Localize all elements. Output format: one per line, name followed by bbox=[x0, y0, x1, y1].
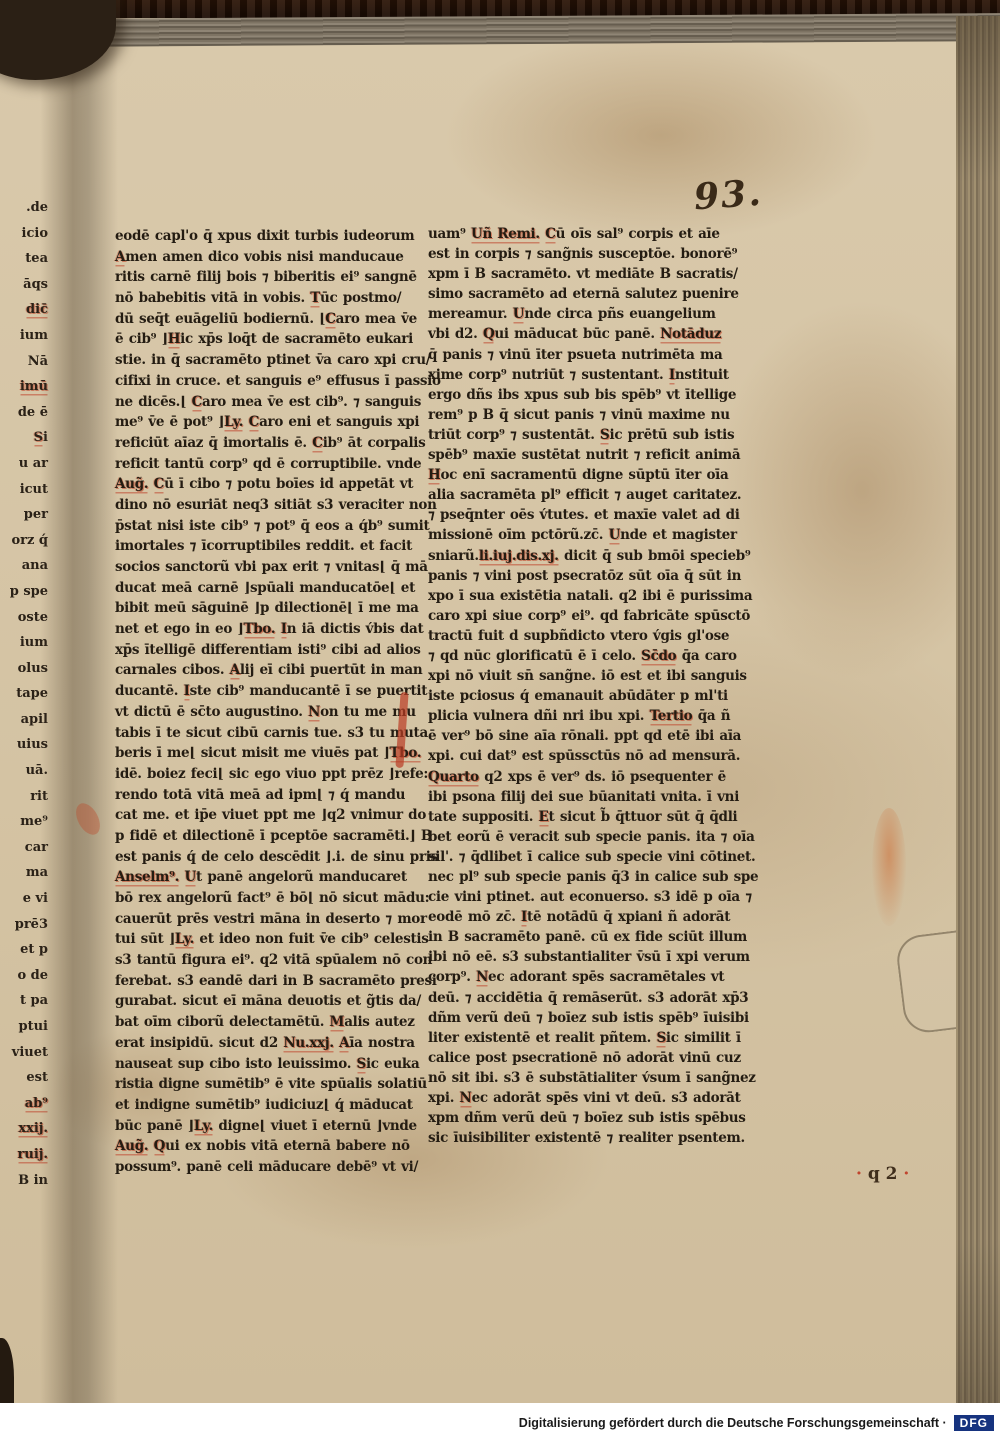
text-line: ritis carnē filij bois ⁊ biberitis ei⁹ s… bbox=[115, 267, 423, 288]
text-segment: ē ver⁹ bō sine aīa rōnali. ppt qd etē ib… bbox=[428, 728, 741, 744]
text-segment: deū. ⁊ accidētia q̄ remāserūt. s3 adorāt… bbox=[428, 990, 748, 1006]
rubricated-text: C bbox=[154, 476, 164, 492]
text-segment: et ideo non fuit v̄e cib⁹ celestis bbox=[194, 931, 429, 947]
text-segment: ūc postmo/ bbox=[320, 290, 401, 306]
gutter-shadow bbox=[40, 40, 118, 1404]
text-line: ē cib⁹ ⌋Hic xp̄s loq̄t de sacramēto euka… bbox=[115, 329, 423, 350]
text-line: xpm dñm verũ deū ⁊ boīez sub istis spēbu… bbox=[428, 1108, 746, 1128]
text-line: sic īuisibiliter existentē ⁊ realiter ps… bbox=[428, 1128, 746, 1148]
text-line: stie. in q̄ sacramēto ptinet v̄a caro xp… bbox=[115, 350, 423, 371]
text-line: spēb⁹ maxīe sustētat nutrit ⁊ reficit an… bbox=[428, 445, 746, 465]
rubricated-text: U bbox=[609, 527, 620, 543]
text-segment: dino nō esuriāt neq3 sitiāt s3 veraciter… bbox=[115, 497, 437, 513]
text-line: iste pciosus q́ emanauit abūdāter p ml't… bbox=[428, 686, 746, 706]
text-segment: ui ex nobis vitā eternā babere nō bbox=[165, 1138, 410, 1154]
text-segment: alis autez bbox=[344, 1014, 414, 1030]
text-segment: imortales ⁊ īcorruptibiles reddit. et fa… bbox=[115, 538, 412, 554]
text-segment: missionē oīm pctōrũ.zc̄. bbox=[428, 527, 609, 543]
text-segment: s3 tantū figura ei⁹. q2 vitā spūalem nō … bbox=[115, 952, 432, 968]
text-line: xime corp⁹ nutriūt ⁊ sustentant. Institu… bbox=[428, 365, 746, 385]
text-segment: uam⁹ bbox=[428, 226, 471, 242]
digitization-credit: Digitalisierung gefördert durch die Deut… bbox=[519, 1416, 947, 1430]
text-segment: bō rex angelorũ fact⁹ ē bō⌊ nō sicut mād… bbox=[115, 890, 429, 906]
text-segment: plicia vulnera dñi nri ibu xpi. bbox=[428, 708, 650, 724]
text-segment: aro mea v̄e bbox=[336, 311, 417, 327]
text-segment: iste pciosus q́ emanauit abūdāter p ml't… bbox=[428, 688, 728, 704]
text-line: cie vini ptinet. aut econuerso. s3 idē p… bbox=[428, 887, 746, 907]
text-segment: aro mea v̄e est cib⁹. ⁊ sanguis bbox=[202, 394, 421, 410]
text-line: vbi d2. Qui māducat būc panē. Notāduz bbox=[428, 324, 746, 344]
book-page: .deicioteaāqsdic̄iumNāimūde ēSiu aricutp… bbox=[0, 40, 958, 1404]
rubricated-text: Sc̄do bbox=[641, 648, 676, 664]
text-segment: tabis ī te sicut cibū carnis tue. s3 tu … bbox=[115, 725, 428, 741]
text-segment: spēb⁹ maxīe sustētat nutrit ⁊ reficit an… bbox=[428, 447, 740, 463]
text-line: reficit tantū corp⁹ qd ē corruptibile. v… bbox=[115, 454, 423, 475]
text-line: Quarto q2 xps ē ver⁹ ds. iō psequenter ē bbox=[428, 767, 746, 787]
text-line: calice post psecrationē nō adorāt vinū c… bbox=[428, 1048, 746, 1068]
text-segment: cie vini ptinet. aut econuerso. s3 idē p… bbox=[428, 889, 752, 905]
text-segment: dū seq̄t euāgeliū bodiernū. ⌊ bbox=[115, 311, 325, 327]
text-segment: mereamur. bbox=[428, 306, 513, 322]
text-line: Anselm⁹. Ut panē angelorũ manducaret bbox=[115, 867, 423, 888]
text-segment: sic īuisibiliter existentē ⁊ realiter ps… bbox=[428, 1130, 745, 1146]
rubricated-text: T bbox=[310, 290, 320, 306]
rubricated-text: Ly. bbox=[175, 931, 194, 947]
text-line: Amen amen dico vobis nisi manducaue bbox=[115, 247, 423, 268]
text-column-left: eodē capl'o q̄ xpus dixit turbis iudeoru… bbox=[115, 226, 423, 1178]
quire-signature: q 2 bbox=[856, 1164, 909, 1184]
rubricated-text: Nu.xxj. bbox=[283, 1035, 333, 1051]
rubricated-text: H bbox=[428, 467, 440, 483]
text-line: bet eorũ ē veracit sub specie panis. ita… bbox=[428, 827, 746, 847]
text-segment: stie. in q̄ sacramēto ptinet v̄a caro xp… bbox=[115, 352, 430, 368]
text-segment: ibi nō eē. s3 substantialiter v̄sū ī xpi… bbox=[428, 949, 750, 965]
text-segment: erat insipidū. sicut d2 bbox=[115, 1035, 283, 1051]
text-segment: carnales cibos. bbox=[115, 662, 230, 678]
text-segment: xpi. cui dat⁹ est spūssctūs nō ad mensur… bbox=[428, 748, 740, 764]
text-segment: ic similit ī bbox=[666, 1030, 741, 1046]
dfg-logo: DFG bbox=[954, 1415, 994, 1431]
rubricated-text: Ly. bbox=[224, 414, 243, 430]
text-line: beris ī me⌊ sicut misit me viuēs pat ⌋Tb… bbox=[115, 743, 423, 764]
text-segment: vbi d2. bbox=[428, 326, 483, 342]
text-segment: ste cib⁹ manducantē ī se puertit bbox=[190, 683, 428, 699]
text-line: dino nō esuriāt neq3 sitiāt s3 veraciter… bbox=[115, 495, 423, 516]
text-segment: ibi psona filij dei sue būanitati vnita.… bbox=[428, 789, 739, 805]
text-line: ibi nō eē. s3 substantialiter v̄sū ī xpi… bbox=[428, 947, 746, 967]
text-line: alia sacramēta pl⁹ efficit ⁊ auget carit… bbox=[428, 485, 746, 505]
text-segment: lij eī cibi puertūt in man bbox=[240, 662, 423, 678]
text-segment: ergo dñs ibs xpus sub bis spēb⁹ vt ītell… bbox=[428, 387, 736, 403]
text-segment: nde circa pñs euangelium bbox=[524, 306, 715, 322]
text-segment: ne dicēs.⌊ bbox=[115, 394, 192, 410]
text-line: sniarũ.li.iuj.dis.xj. dicit q̄ sub bmōi … bbox=[428, 546, 746, 566]
text-segment: ic euka bbox=[366, 1056, 419, 1072]
text-segment: ducantē. bbox=[115, 683, 184, 699]
text-segment: dñm verũ deū ⁊ boīez sub istis spēb⁹ īui… bbox=[428, 1010, 749, 1026]
rubricated-text: M bbox=[330, 1014, 345, 1030]
text-segment: tractū fuit d supbñdicto vtero v́gis gl'… bbox=[428, 628, 729, 644]
text-line: simo sacramēto ad eternā salutez puenire bbox=[428, 284, 746, 304]
text-segment: q̄ panis ⁊ vinū īter psueta nutrimēta ma bbox=[428, 347, 722, 363]
text-segment: sniarũ. bbox=[428, 548, 479, 564]
text-segment: nauseat sup cibo isto leuissimo. bbox=[115, 1056, 357, 1072]
text-line: socios sanctorũ vbi pax erit ⁊ vnitas⌊ q… bbox=[115, 557, 423, 578]
text-line: uam⁹ Uñ Remi. Cū oīs sal⁹ corpis et aīe bbox=[428, 224, 746, 244]
text-line: xpi nō viuit sn̄ sang̃ne. iō est et ibi … bbox=[428, 666, 746, 686]
text-line: eodē mō zc̄. Itē notādū q̄ xpiani ñ ador… bbox=[428, 907, 746, 927]
text-segment: aro eni et sanguis xpi bbox=[259, 414, 419, 430]
text-segment: cat me. et ip̄e viuet ppt me ⌋q2 vnimur … bbox=[115, 807, 426, 823]
text-segment: xpo ī sua existētia natali. q2 ibi ē pur… bbox=[428, 588, 752, 604]
text-line: dū seq̄t euāgeliū bodiernū. ⌊Caro mea v̄… bbox=[115, 309, 423, 330]
rubricated-text: A bbox=[339, 1035, 349, 1051]
text-segment bbox=[148, 1138, 153, 1154]
text-segment: rem⁹ p B q̄ sicut panis ⁊ vinū maxime nu bbox=[428, 407, 730, 423]
text-segment: bet eorũ ē veracit sub specie panis. ita… bbox=[428, 829, 755, 845]
text-segment: t panē angelorũ manducaret bbox=[196, 869, 407, 885]
rubricated-text: Notāduz bbox=[660, 326, 721, 342]
rubricated-text: C bbox=[312, 435, 322, 451]
text-segment: t sicut b̃ q̄ttuor sūt q̄ q̄dli bbox=[549, 809, 738, 825]
text-segment: ristia digne sumētib⁹ ē vite spūalis sol… bbox=[115, 1076, 427, 1092]
text-segment: nō babebitis vitā in vobis. bbox=[115, 290, 310, 306]
text-line: nauseat sup cibo isto leuissimo. Sic euk… bbox=[115, 1054, 423, 1075]
text-line: ergo dñs ibs xpus sub bis spēb⁹ vt ītell… bbox=[428, 385, 746, 405]
rubricated-text: C bbox=[192, 394, 202, 410]
text-segment: triūt corp⁹ ⁊ sustentāt. bbox=[428, 427, 600, 443]
text-segment: cauerūt prēs vestri māna in deserto ⁊ mo… bbox=[115, 911, 427, 927]
text-line: in B sacramēto panē. cū ex fide sciūt il… bbox=[428, 927, 746, 947]
rubricated-text: Tbo. bbox=[390, 745, 422, 761]
text-segment: in B sacramēto panē. cū ex fide sciūt il… bbox=[428, 929, 747, 945]
text-line: triūt corp⁹ ⁊ sustentāt. Sic prētū sub i… bbox=[428, 425, 746, 445]
text-segment: ū ī cibo ⁊ potu boīes id appetāt vt bbox=[164, 476, 413, 492]
text-line: tui sūt ⌋Ly. et ideo non fuit v̄e cib⁹ c… bbox=[115, 929, 423, 950]
book-scan: .deicioteaāqsdic̄iumNāimūde ēSiu aricutp… bbox=[0, 0, 1000, 1443]
rubricated-text: A bbox=[230, 662, 240, 678]
text-line: erat insipidū. sicut d2 Nu.xxj. Aīa nost… bbox=[115, 1033, 423, 1054]
rubricated-text: N bbox=[476, 969, 488, 985]
rubricated-text: Tertio bbox=[650, 708, 693, 724]
text-line: missionē oīm pctōrũ.zc̄. Unde et magiste… bbox=[428, 525, 746, 545]
text-segment bbox=[148, 476, 153, 492]
rubricated-text: N bbox=[460, 1090, 472, 1106]
text-line: xpi. Nec adorāt spēs vini vt deū. s3 ado… bbox=[428, 1088, 746, 1108]
text-line: p̄stat nisi iste cib⁹ ⁊ pot⁹ q̄ eos a q́… bbox=[115, 516, 423, 537]
orange-stain bbox=[872, 808, 906, 926]
text-line: cat me. et ip̄e viuet ppt me ⌋q2 vnimur … bbox=[115, 805, 423, 826]
text-line: p fidē et dilectionē ī pceptōe sacramēti… bbox=[115, 826, 423, 847]
text-segment: ē cib⁹ ⌋ bbox=[115, 331, 168, 347]
text-line: deū. ⁊ accidētia q̄ remāserūt. s3 adorāt… bbox=[428, 988, 746, 1008]
text-line: corp⁹. Nec adorant spēs sacramētales vt bbox=[428, 967, 746, 987]
rubricated-text: H bbox=[168, 331, 180, 347]
rubricated-text: Uñ Remi. bbox=[471, 226, 540, 242]
text-segment: ib⁹ āt corpalis bbox=[323, 435, 426, 451]
text-segment: socios sanctorũ vbi pax erit ⁊ vnitas⌊ q… bbox=[115, 559, 428, 575]
text-segment: possum⁹. panē celi māducare debē⁹ vt vi/ bbox=[115, 1159, 418, 1175]
text-segment: nstituit bbox=[675, 367, 729, 383]
text-segment: xpm ī B sacramēto. vt mediāte B sacratis… bbox=[428, 266, 738, 282]
text-segment: xpm dñm verũ deū ⁊ boīez sub istis spēbu… bbox=[428, 1110, 746, 1126]
text-segment: gurabat. sicut eī māna deuotis et g̃tis … bbox=[115, 993, 421, 1009]
text-segment: p fidē et dilectionē ī pceptōe sacramēti… bbox=[115, 828, 432, 844]
rubricated-text: Aug̃. bbox=[115, 1138, 148, 1154]
text-segment: ec adorant spēs sacramētales vt bbox=[488, 969, 724, 985]
text-line: mereamur. Unde circa pñs euangelium bbox=[428, 304, 746, 324]
rubricated-text: S bbox=[656, 1030, 665, 1046]
text-segment: reficit tantū corp⁹ qd ē corruptibile. v… bbox=[115, 456, 421, 472]
text-segment: ec adorāt spēs vini vt deū. s3 adorāt bbox=[472, 1090, 741, 1106]
text-segment: rendo totā vitā meā ad ipm⌊ ⁊ q́ mandu bbox=[115, 787, 405, 803]
text-segment: et indigne sumētib⁹ iudiciuz⌊ q́ māducat bbox=[115, 1097, 413, 1113]
text-segment: nde et magister bbox=[620, 527, 737, 543]
rubricated-text: N bbox=[308, 704, 320, 720]
text-segment: corp⁹. bbox=[428, 969, 476, 985]
text-segment: nec pl⁹ sub specie panis q̄3 in calice s… bbox=[428, 869, 758, 885]
text-line: ferebat. s3 eandē dari in B sacramēto pr… bbox=[115, 971, 423, 992]
text-segment: ic prētū sub istis bbox=[609, 427, 734, 443]
text-segment: ⁊ pseq̄nter oēs v́tutes. et maxīe valet … bbox=[428, 507, 740, 523]
text-line: vt dictū ē sc̄to augustino. Non tu me mu bbox=[115, 702, 423, 723]
text-line: liter existentē et realit pñtem. Sic sim… bbox=[428, 1028, 746, 1048]
text-segment: eodē mō zc̄. bbox=[428, 909, 521, 925]
rubricated-text: A bbox=[115, 249, 125, 265]
text-line: rendo totā vitā meā ad ipm⌊ ⁊ q́ mandu bbox=[115, 785, 423, 806]
text-line: q̄ panis ⁊ vinū īter psueta nutrimēta ma bbox=[428, 345, 746, 365]
rubricated-text: U bbox=[185, 869, 196, 885]
text-line: est in corpis ⁊ sang̃nis susceptōe. bono… bbox=[428, 244, 746, 264]
rubricated-text: Aug̃. bbox=[115, 476, 148, 492]
text-segment: me⁹ v̄e ē pot⁹ ⌋ bbox=[115, 414, 224, 430]
text-segment: net et ego in eo ⌋ bbox=[115, 621, 244, 637]
text-segment: idē. boiez feci⌊ sic ego viuo ppt prēz ⌋… bbox=[115, 766, 428, 782]
text-segment: alia sacramēta pl⁹ efficit ⁊ auget carit… bbox=[428, 487, 741, 503]
text-segment: ū oīs sal⁹ corpis et aīe bbox=[556, 226, 720, 242]
text-line: est panis q́ de celo descēdit ⌋.i. de si… bbox=[115, 847, 423, 868]
text-segment: ritis carnē filij bois ⁊ biberitis ei⁹ s… bbox=[115, 269, 417, 285]
text-segment bbox=[243, 414, 248, 430]
text-line: sil'. ⁊ q̄dlibet ī calice sub specie vin… bbox=[428, 847, 746, 867]
text-segment: reficiūt aīaz q̄ imortalis ē. bbox=[115, 435, 312, 451]
text-line: net et ego in eo ⌋Tbo. In iā dictis v́bi… bbox=[115, 619, 423, 640]
text-line: gurabat. sicut eī māna deuotis et g̃tis … bbox=[115, 991, 423, 1012]
text-line: imortales ⁊ īcorruptibiles reddit. et fa… bbox=[115, 536, 423, 557]
text-line: Aug̃. Cū ī cibo ⁊ potu boīes id appetāt … bbox=[115, 474, 423, 495]
rubricated-text: S bbox=[357, 1056, 366, 1072]
rubricated-text: Quarto bbox=[428, 769, 479, 785]
text-line: rem⁹ p B q̄ sicut panis ⁊ vinū maxime nu bbox=[428, 405, 746, 425]
text-segment: ui māducat būc panē. bbox=[494, 326, 660, 342]
fore-edge-right bbox=[956, 16, 1000, 1404]
text-segment: calice post psecrationē nō adorāt vinū c… bbox=[428, 1050, 741, 1066]
text-line: ducat meā carnē ⌋spūali manducatōe⌊ et bbox=[115, 578, 423, 599]
text-segment: tē notādū q̄ xpiani ñ adorāt bbox=[527, 909, 730, 925]
text-segment: men amen dico vobis nisi manducaue bbox=[125, 249, 403, 265]
text-line: ē ver⁹ bō sine aīa rōnali. ppt qd etē ib… bbox=[428, 726, 746, 746]
text-line: reficiūt aīaz q̄ imortalis ē. Cib⁹ āt co… bbox=[115, 433, 423, 454]
text-segment: tui sūt ⌋ bbox=[115, 931, 175, 947]
text-line: bibit meū sāguinē ⌋p dilectionē⌊ ī me ma bbox=[115, 598, 423, 619]
page-edge-stack-top bbox=[55, 13, 1000, 47]
text-line: s3 tantū figura ei⁹. q2 vitā spūalem nō … bbox=[115, 950, 423, 971]
text-line: panis ⁊ vini post psecratōz sūt oīa q̄ s… bbox=[428, 566, 746, 586]
text-segment: nō sit ibi. s3 ē substātialiter v́sum ī … bbox=[428, 1070, 756, 1086]
text-line: dñm verũ deū ⁊ boīez sub istis spēb⁹ īui… bbox=[428, 1008, 746, 1028]
text-segment: est in corpis ⁊ sang̃nis susceptōe. bono… bbox=[428, 246, 737, 262]
rubricated-text: Ly. bbox=[194, 1118, 213, 1134]
rubricated-text: C bbox=[325, 311, 335, 327]
text-line: Aug̃. Qui ex nobis vitā eternā babere nō bbox=[115, 1136, 423, 1157]
text-line: Hoc enī sacramentū digne sūptū īter oīa bbox=[428, 465, 746, 485]
rubricated-text: U bbox=[513, 306, 524, 322]
rubricated-text: li.iuj.dis.xj. bbox=[479, 548, 559, 564]
text-line: ristia digne sumētib⁹ ē vite spūalis sol… bbox=[115, 1074, 423, 1095]
text-segment: caro xpi siue corp⁹ ei⁹. qd fabricāte sp… bbox=[428, 608, 750, 624]
rubricated-text: E bbox=[539, 809, 549, 825]
text-segment: est panis q́ de celo descēdit ⌋.i. de si… bbox=[115, 849, 438, 865]
text-segment: liter existentē et realit pñtem. bbox=[428, 1030, 656, 1046]
rubricated-text: Anselm⁹. bbox=[115, 869, 179, 885]
text-line: nō sit ibi. s3 ē substātialiter v́sum ī … bbox=[428, 1068, 746, 1088]
text-segment: ⁊ qd nūc glorificatū ē ī celo. bbox=[428, 648, 641, 664]
text-line: xpm ī B sacramēto. vt mediāte B sacratis… bbox=[428, 264, 746, 284]
text-segment: xime corp⁹ nutriūt ⁊ sustentant. bbox=[428, 367, 669, 383]
text-line: ⁊ pseq̄nter oēs v́tutes. et maxīe valet … bbox=[428, 505, 746, 525]
text-segment: xpi nō viuit sn̄ sang̃ne. iō est et ibi … bbox=[428, 668, 747, 684]
rubricated-text: Q bbox=[483, 326, 494, 342]
text-segment: dicit q̄ sub bmōi specieb⁹ bbox=[559, 548, 751, 564]
digitization-footer: Digitalisierung gefördert durch die Deut… bbox=[0, 1403, 1000, 1443]
text-line: plicia vulnera dñi nri ibu xpi. Tertio q… bbox=[428, 706, 746, 726]
text-segment: ic xp̄s loq̄t de sacramēto eukari bbox=[180, 331, 413, 347]
text-line: cauerūt prēs vestri māna in deserto ⁊ mo… bbox=[115, 909, 423, 930]
text-segment: īa nostra bbox=[349, 1035, 414, 1051]
text-line: caro xpi siue corp⁹ ei⁹. qd fabricāte sp… bbox=[428, 606, 746, 626]
text-segment: ferebat. s3 eandē dari in B sacramēto pr… bbox=[115, 973, 437, 989]
text-segment bbox=[179, 869, 184, 885]
text-line: possum⁹. panē celi māducare debē⁹ vt vi/ bbox=[115, 1157, 423, 1178]
text-line: cifixi in cruce. et sanguis e⁹ effusus ī… bbox=[115, 371, 423, 392]
text-line: eodē capl'o q̄ xpus dixit turbis iudeoru… bbox=[115, 226, 423, 247]
text-segment: būc panē ⌋ bbox=[115, 1118, 194, 1134]
text-segment: cifixi in cruce. et sanguis e⁹ effusus ī… bbox=[115, 373, 441, 389]
text-segment: oc enī sacramentū digne sūptū īter oīa bbox=[440, 467, 728, 483]
text-segment: q̄a ñ bbox=[692, 708, 730, 724]
text-segment: digne⌊ viuet ī eternū ⌋vnde bbox=[213, 1118, 417, 1134]
text-segment: xpi. bbox=[428, 1090, 460, 1106]
text-line: bat oīm ciborũ delectamētū. Malis autez bbox=[115, 1012, 423, 1033]
text-line: idē. boiez feci⌊ sic ego viuo ppt prēz ⌋… bbox=[115, 764, 423, 785]
text-line: nec pl⁹ sub specie panis q̄3 in calice s… bbox=[428, 867, 746, 887]
rubricated-text: C bbox=[545, 226, 555, 242]
page-number: 93. bbox=[693, 172, 764, 219]
text-line: būc panē ⌋Ly. digne⌊ viuet ī eternū ⌋vnd… bbox=[115, 1116, 423, 1137]
text-line: tate suppositi. Et sicut b̃ q̄ttuor sūt … bbox=[428, 807, 746, 827]
text-segment: q2 xps ē ver⁹ ds. iō psequenter ē bbox=[479, 769, 726, 785]
text-line: ⁊ qd nūc glorificatū ē ī celo. Sc̄do q̄a… bbox=[428, 646, 746, 666]
rubricated-text: Tbo. bbox=[244, 621, 276, 637]
text-line: xpo ī sua existētia natali. q2 ibi ē pur… bbox=[428, 586, 746, 606]
text-line: bō rex angelorũ fact⁹ ē bō⌊ nō sicut mād… bbox=[115, 888, 423, 909]
text-segment: bat oīm ciborũ delectamētū. bbox=[115, 1014, 330, 1030]
text-segment: panis ⁊ vini post psecratōz sūt oīa q̄ s… bbox=[428, 568, 741, 584]
text-segment: xp̄s ītelligē differentiam isti⁹ cibi ad… bbox=[115, 642, 421, 658]
text-line: xp̄s ītelligē differentiam isti⁹ cibi ad… bbox=[115, 640, 423, 661]
text-segment: tate suppositi. bbox=[428, 809, 539, 825]
text-segment: simo sacramēto ad eternā salutez puenire bbox=[428, 286, 739, 302]
rubricated-text: Q bbox=[154, 1138, 165, 1154]
text-segment bbox=[275, 621, 280, 637]
text-segment: eodē capl'o q̄ xpus dixit turbis iudeoru… bbox=[115, 228, 414, 244]
text-segment: p̄stat nisi iste cib⁹ ⁊ pot⁹ q̄ eos a q́… bbox=[115, 518, 429, 534]
text-column-right: uam⁹ Uñ Remi. Cū oīs sal⁹ corpis et aīee… bbox=[428, 224, 746, 1148]
text-segment: bibit meū sāguinē ⌋p dilectionē⌊ ī me ma bbox=[115, 600, 419, 616]
text-segment: n iā dictis v́bis dat bbox=[287, 621, 424, 637]
text-line: nō babebitis vitā in vobis. Tūc postmo/ bbox=[115, 288, 423, 309]
text-segment: sil'. ⁊ q̄dlibet ī calice sub specie vin… bbox=[428, 849, 755, 865]
text-line: ducantē. Iste cib⁹ manducantē ī se puert… bbox=[115, 681, 423, 702]
text-line: tabis ī te sicut cibū carnis tue. s3 tu … bbox=[115, 723, 423, 744]
text-line: ibi psona filij dei sue būanitati vnita.… bbox=[428, 787, 746, 807]
text-line: carnales cibos. Alij eī cibi puertūt in … bbox=[115, 660, 423, 681]
text-segment: ducat meā carnē ⌋spūali manducatōe⌊ et bbox=[115, 580, 415, 596]
text-line: et indigne sumētib⁹ iudiciuz⌊ q́ māducat bbox=[115, 1095, 423, 1116]
text-line: xpi. cui dat⁹ est spūssctūs nō ad mensur… bbox=[428, 746, 746, 766]
rubricated-text: C bbox=[249, 414, 259, 430]
text-line: ne dicēs.⌊ Caro mea v̄e est cib⁹. ⁊ sang… bbox=[115, 392, 423, 413]
text-line: tractū fuit d supbñdicto vtero v́gis gl'… bbox=[428, 626, 746, 646]
text-segment: beris ī me⌊ sicut misit me viuēs pat ⌋ bbox=[115, 745, 390, 761]
text-segment: q̄a caro bbox=[676, 648, 736, 664]
text-line: me⁹ v̄e ē pot⁹ ⌋Ly. Caro eni et sanguis … bbox=[115, 412, 423, 433]
text-segment: vt dictū ē sc̄to augustino. bbox=[115, 704, 308, 720]
